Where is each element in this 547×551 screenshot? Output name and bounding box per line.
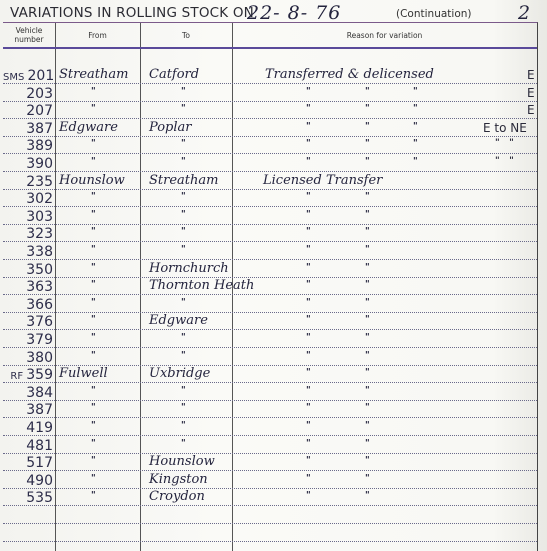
to-depot: Streatham	[149, 173, 218, 188]
reason-ditto: "	[413, 87, 418, 97]
row-rule	[3, 259, 537, 260]
reason-text: Licensed Transfer	[263, 173, 382, 188]
from-ditto: "	[91, 491, 96, 501]
from-depot: Edgware	[59, 120, 118, 135]
vehicle-number: 235	[3, 174, 53, 190]
reason-ditto: "	[365, 474, 370, 484]
to-ditto: "	[181, 139, 186, 149]
reason-ditto: "	[306, 421, 311, 431]
vehicle-number-value: 366	[26, 297, 53, 313]
from-ditto: "	[91, 351, 96, 361]
vehicle-number-value: 323	[26, 226, 53, 242]
vehicle-number: SMS 201	[3, 68, 53, 84]
to-ditto: "	[181, 87, 186, 97]
reason-ditto: "	[306, 439, 311, 449]
to-depot: Croydon	[149, 489, 205, 504]
vehicle-number-value: 535	[26, 490, 53, 506]
from-ditto: "	[91, 227, 96, 237]
to-ditto: "	[181, 333, 186, 343]
vehicle-number-value: 389	[26, 138, 53, 154]
from-ditto: "	[91, 192, 96, 202]
form-header: VARIATIONS IN ROLLING STOCK ON 22- 8- 76…	[0, 2, 547, 22]
from-ditto: "	[91, 386, 96, 396]
column-header-vehicle: Vehicle number	[5, 26, 53, 44]
vehicle-number: 338	[3, 244, 53, 260]
to-depot: Uxbridge	[149, 366, 210, 381]
vehicle-number: 387	[3, 121, 53, 137]
from-ditto: "	[91, 333, 96, 343]
column-divider	[140, 23, 141, 551]
from-ditto: "	[91, 139, 96, 149]
reason-ditto: "	[306, 87, 311, 97]
row-rule	[3, 400, 537, 401]
to-depot: Hornchurch	[149, 261, 229, 276]
column-header-to: To	[140, 31, 232, 40]
vehicle-number-value: 387	[26, 402, 53, 418]
column-header-from: From	[55, 31, 140, 40]
to-depot: Kingston	[149, 472, 208, 487]
reason-ditto: "	[306, 368, 311, 378]
vehicle-number: 535	[3, 490, 53, 506]
to-ditto: "	[181, 245, 186, 255]
reason-ditto: "	[365, 263, 370, 273]
status-mark: E	[527, 86, 535, 100]
row-rule	[3, 294, 537, 295]
vehicle-number: 481	[3, 438, 53, 454]
reason-ditto: "	[365, 351, 370, 361]
to-ditto: "	[181, 403, 186, 413]
status-mark: E to NE	[483, 121, 527, 135]
from-ditto: "	[91, 280, 96, 290]
vehicle-number-value: 207	[26, 103, 53, 119]
vehicle-number-value: 390	[26, 156, 53, 172]
from-ditto: "	[91, 403, 96, 413]
vehicle-number: 390	[3, 156, 53, 172]
to-ditto: "	[181, 298, 186, 308]
reason-ditto: "	[365, 439, 370, 449]
row-rule	[3, 347, 537, 348]
reason-ditto: "	[306, 157, 311, 167]
vehicle-number-value: 379	[26, 332, 53, 348]
row-rule	[3, 488, 537, 489]
reason-ditto: "	[306, 491, 311, 501]
row-rule	[3, 206, 537, 207]
vehicle-number-value: 203	[26, 86, 53, 102]
to-ditto: "	[181, 104, 186, 114]
reason-ditto: "	[365, 122, 370, 132]
reason-ditto: "	[365, 421, 370, 431]
vehicle-number-value: 201	[28, 68, 55, 84]
reason-ditto: "	[413, 139, 418, 149]
vehicle-number: 303	[3, 209, 53, 225]
vehicle-number: 387	[3, 402, 53, 418]
from-ditto: "	[91, 456, 96, 466]
row-rule	[3, 470, 537, 471]
row-rule	[3, 505, 537, 506]
from-ditto: "	[91, 210, 96, 220]
reason-ditto: "	[365, 315, 370, 325]
reason-ditto: "	[306, 139, 311, 149]
vehicle-number-value: 359	[26, 367, 53, 383]
vehicle-number-value: 350	[26, 262, 53, 278]
from-depot: Streatham	[59, 67, 128, 82]
status-mark: " "	[495, 138, 514, 148]
variations-table: Vehicle number From To Reason for variat…	[3, 22, 538, 551]
vehicle-number-value: 490	[26, 473, 53, 489]
reason-ditto: "	[365, 368, 370, 378]
vehicle-number-value: 517	[26, 455, 53, 471]
from-ditto: "	[91, 315, 96, 325]
vehicle-number: 203	[3, 86, 53, 102]
vehicle-number-value: 481	[26, 438, 53, 454]
reason-ditto: "	[306, 245, 311, 255]
vehicle-number-value: 235	[26, 174, 53, 190]
to-ditto: "	[181, 439, 186, 449]
to-ditto: "	[181, 157, 186, 167]
from-depot: Hounslow	[59, 173, 125, 188]
row-rule	[3, 189, 537, 190]
to-ditto: "	[181, 227, 186, 237]
vehicle-number-value: 303	[26, 209, 53, 225]
to-ditto: "	[181, 421, 186, 431]
to-depot: Thornton Heath	[149, 278, 254, 293]
reason-ditto: "	[306, 192, 311, 202]
reason-ditto: "	[306, 280, 311, 290]
vehicle-number-value: 419	[26, 420, 53, 436]
to-depot: Hounslow	[149, 454, 215, 469]
reason-ditto: "	[365, 227, 370, 237]
reason-ditto: "	[365, 386, 370, 396]
vehicle-class-prefix: RF	[10, 371, 26, 382]
reason-text: Transferred & delicensed	[265, 67, 434, 82]
reason-ditto: "	[306, 122, 311, 132]
vehicle-number-value: 338	[26, 244, 53, 260]
reason-ditto: "	[306, 351, 311, 361]
from-ditto: "	[91, 474, 96, 484]
reason-ditto: "	[365, 333, 370, 343]
vehicle-number: 490	[3, 473, 53, 489]
to-ditto: "	[181, 192, 186, 202]
reason-ditto: "	[306, 210, 311, 220]
status-mark: E	[527, 103, 535, 117]
from-ditto: "	[91, 245, 96, 255]
reason-ditto: "	[365, 139, 370, 149]
form-page: VARIATIONS IN ROLLING STOCK ON 22- 8- 76…	[0, 0, 547, 551]
column-header-reason: Reason for variation	[232, 31, 537, 40]
reason-ditto: "	[365, 491, 370, 501]
form-title: VARIATIONS IN ROLLING STOCK ON	[10, 5, 254, 21]
row-rule	[3, 241, 537, 242]
reason-ditto: "	[365, 104, 370, 114]
reason-ditto: "	[365, 280, 370, 290]
from-ditto: "	[91, 298, 96, 308]
row-rule	[3, 153, 537, 154]
reason-ditto: "	[306, 474, 311, 484]
reason-ditto: "	[306, 315, 311, 325]
reason-ditto: "	[306, 298, 311, 308]
vehicle-number: 323	[3, 226, 53, 242]
reason-ditto: "	[306, 333, 311, 343]
reason-ditto: "	[365, 298, 370, 308]
vehicle-number-value: 380	[26, 350, 53, 366]
vehicle-number: 350	[3, 262, 53, 278]
reason-ditto: "	[306, 456, 311, 466]
reason-ditto: "	[365, 456, 370, 466]
to-depot: Catford	[149, 67, 199, 82]
reason-ditto: "	[306, 403, 311, 413]
from-ditto: "	[91, 104, 96, 114]
row-rule	[3, 101, 537, 102]
vehicle-number-value: 376	[26, 314, 53, 330]
row-rule	[3, 312, 537, 313]
vehicle-number: 363	[3, 279, 53, 295]
row-rule	[3, 541, 537, 542]
vehicle-class-prefix: SMS	[3, 72, 28, 83]
row-rule	[3, 382, 537, 383]
reason-ditto: "	[306, 227, 311, 237]
row-rule	[3, 136, 537, 137]
column-divider	[55, 23, 56, 551]
vehicle-number-value: 363	[26, 279, 53, 295]
reason-ditto: "	[413, 157, 418, 167]
form-date: 22- 8- 76	[247, 2, 341, 24]
reason-ditto: "	[306, 386, 311, 396]
vehicle-number: 207	[3, 103, 53, 119]
reason-ditto: "	[413, 122, 418, 132]
reason-ditto: "	[306, 263, 311, 273]
reason-ditto: "	[365, 157, 370, 167]
from-ditto: "	[91, 439, 96, 449]
vehicle-number-value: 387	[26, 121, 53, 137]
status-mark: " "	[495, 156, 514, 166]
row-rule	[3, 83, 537, 84]
row-rule	[3, 453, 537, 454]
to-ditto: "	[181, 351, 186, 361]
vehicle-number: 380	[3, 350, 53, 366]
reason-ditto: "	[365, 403, 370, 413]
vehicle-number: 419	[3, 420, 53, 436]
vehicle-number-value: 384	[26, 385, 53, 401]
from-ditto: "	[91, 157, 96, 167]
vehicle-number: 517	[3, 455, 53, 471]
reason-ditto: "	[306, 104, 311, 114]
row-rule	[3, 277, 537, 278]
vehicle-number: 389	[3, 138, 53, 154]
vehicle-number-value: 302	[26, 191, 53, 207]
reason-ditto: "	[365, 87, 370, 97]
row-rule	[3, 523, 537, 524]
page-number: 2	[518, 2, 530, 24]
vehicle-number: 302	[3, 191, 53, 207]
to-ditto: "	[181, 210, 186, 220]
from-ditto: "	[91, 263, 96, 273]
reason-ditto: "	[365, 192, 370, 202]
from-depot: Fulwell	[59, 366, 108, 381]
vehicle-number: 376	[3, 314, 53, 330]
header-divider	[3, 47, 537, 49]
status-mark: E	[527, 68, 535, 82]
to-ditto: "	[181, 386, 186, 396]
continuation-label: (Continuation)	[396, 8, 472, 20]
row-rule	[3, 417, 537, 418]
row-rule	[3, 224, 537, 225]
vehicle-number: 384	[3, 385, 53, 401]
vehicle-number: RF 359	[3, 367, 53, 383]
vehicle-number: 379	[3, 332, 53, 348]
to-depot: Edgware	[149, 313, 208, 328]
from-ditto: "	[91, 87, 96, 97]
row-rule	[3, 329, 537, 330]
reason-ditto: "	[365, 210, 370, 220]
to-depot: Poplar	[149, 120, 192, 135]
row-rule	[3, 435, 537, 436]
vehicle-number: 366	[3, 297, 53, 313]
from-ditto: "	[91, 421, 96, 431]
reason-ditto: "	[413, 104, 418, 114]
reason-ditto: "	[365, 245, 370, 255]
